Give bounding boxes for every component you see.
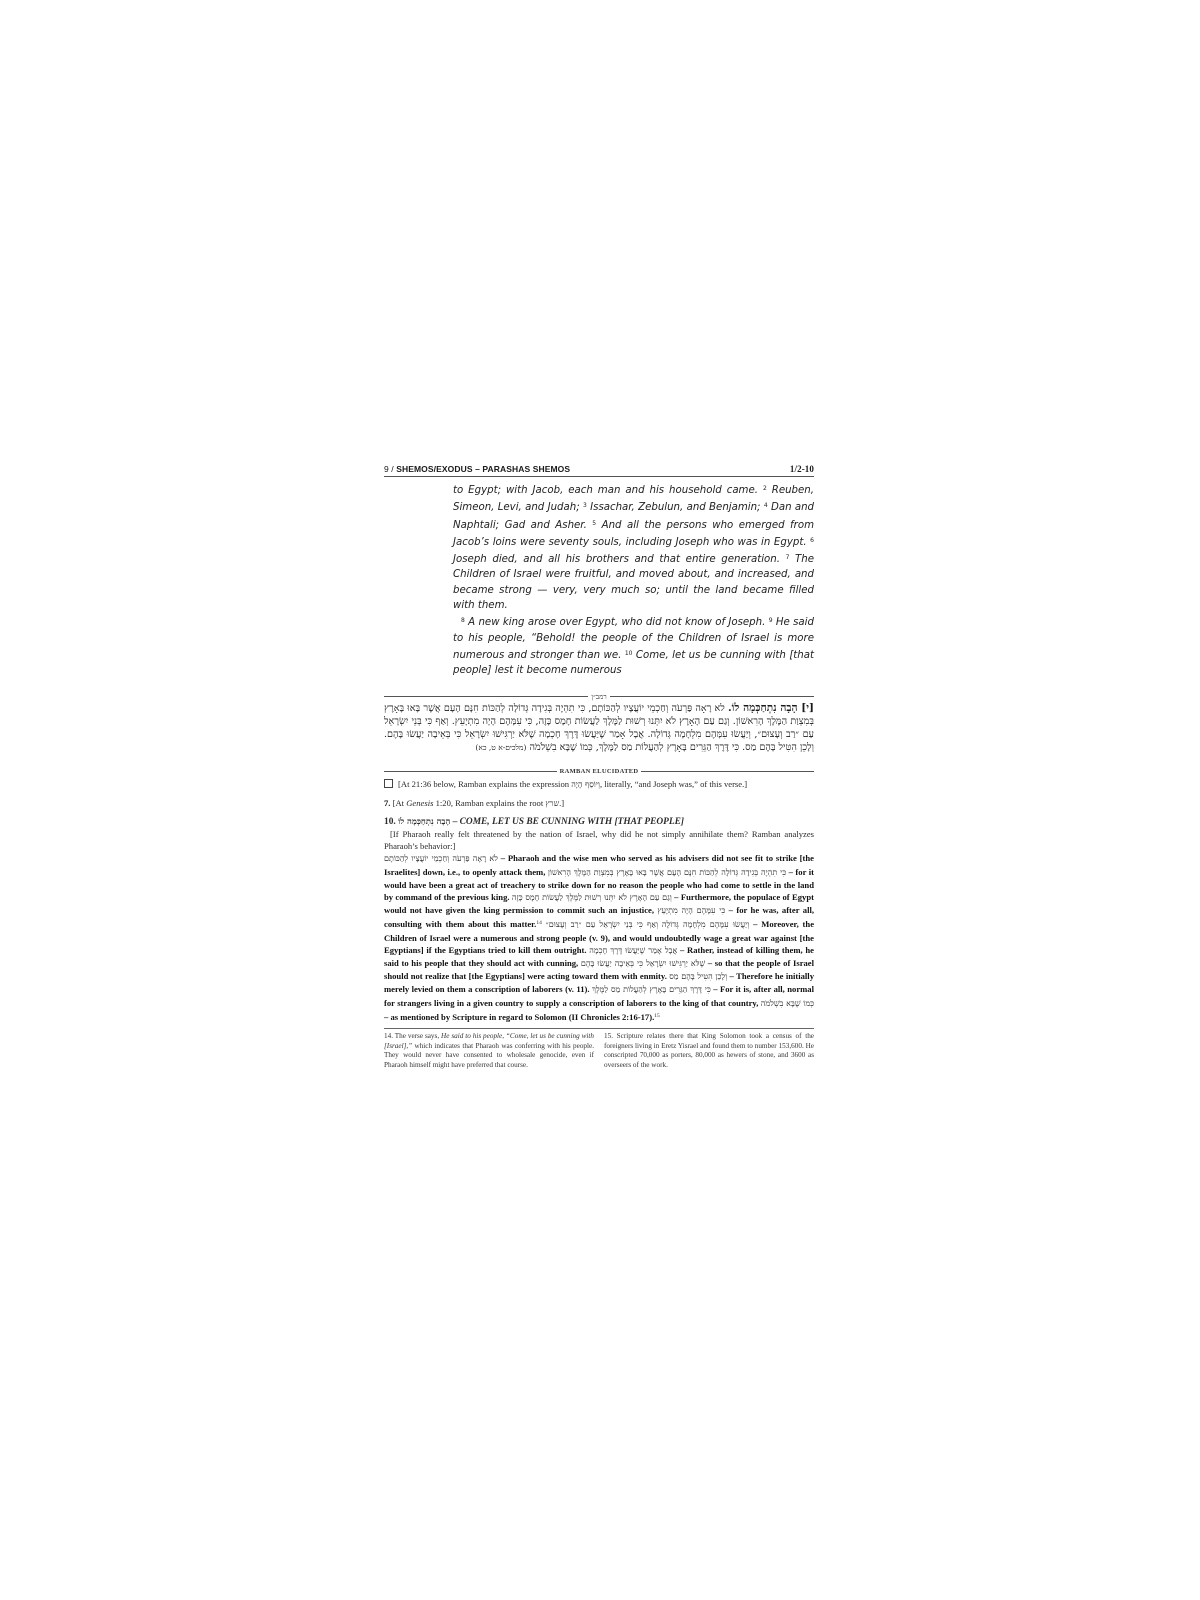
hebrew-root: שרץ [545,799,559,808]
verse-paragraph-1: to Egypt; with Jacob, each man and his h… [453,481,814,613]
elucidated-body: לֹא רָאָה פַּרְעֹה וְחַכְמֵי יוֹעֲצָיו ל… [384,852,814,1023]
elucidated-divider-label: RAMBAN ELUCIDATED [557,768,642,775]
hebrew-lemma: כִּי תִהְיֶה בְּגִידָה גְּדוֹלָה לְהַכּו… [548,868,786,877]
hebrew-lemma: שֶׁלֹּא יַרְגִּישׁוּ יִשְׂרָאֵל כִּי בְּ… [581,959,705,968]
note-text: .] [559,798,564,808]
footnote-ref-14[interactable]: 14 [536,920,542,926]
hebrew-lemma: וְגַם עַם הָאָרֶץ לֹא יִתְּנוּ רְשׁוּת ל… [512,893,672,902]
ramban-divider-label: רמב״ן [588,693,609,701]
hebrew-phrase: וְיוֹסֵף הָיָה [571,780,600,789]
verse-paragraph-2: 8 A new king arose over Egypt, who did n… [453,613,814,678]
note-text: 1:20, Ramban explains the root [433,798,545,808]
note-text: , literally, “and Joseph was,” of this v… [600,779,747,789]
elucidated-note-verse-1: [At 21:36 below, Ramban explains the exp… [384,778,814,791]
book-reference: Genesis [406,798,433,808]
verse-8: A new king arose over Egypt, who did not… [465,617,766,628]
ramban-divider: רמב״ן [384,693,814,701]
page-number: 9 / [384,464,396,474]
hebrew-lemma: וְלָכֵן הִטִּיל בָּהֶם מַס [669,972,727,981]
verse-translation: to Egypt; with Jacob, each man and his h… [453,481,814,679]
running-head: 9 / SHEMOS/EXODUS – PARASHAS SHEMOS 1/2-… [384,464,814,477]
heading-hebrew: הָבָה נִתְחַכְּמָה לוֹ [398,816,450,826]
verse-6: Joseph died, and all his brothers and th… [453,554,780,565]
square-marker-icon [384,779,393,788]
ramban-hebrew-commentary: [י] הָבָה נִתְחַכְּמָה לוֹ. לא רָאָה פַּ… [384,702,814,755]
chapter-verses: 1/2-10 [790,464,814,474]
book-page: 9 / SHEMOS/EXODUS – PARASHAS SHEMOS 1/2-… [384,464,814,1070]
running-title: 9 / SHEMOS/EXODUS – PARASHAS SHEMOS [384,464,570,474]
footnote-text: 14. The verse says, [384,1032,441,1040]
hebrew-lemma: כִּי דֶּרֶךְ הַגֵּרִים בָּאָרֶץ לְהַעֲלו… [592,985,711,994]
note-text: [At 21:36 below, Ramban explains the exp… [398,779,571,789]
heading-caption: COME, LET US BE CUNNING WITH [THAT PEOPL… [460,817,684,827]
hebrew-lemma: וְאַף כִּי בְּנֵי יִשְׂרָאֵל עַם ״רַב וְ… [546,920,658,929]
hebrew-lemma: כְּמוֹ שֶׁבָּא בִשְׁלֹמֹה [761,999,814,1008]
footnote-ref-15[interactable]: 15 [654,1013,660,1019]
elucidation-text: – as mentioned by Scripture in regard to… [384,1012,654,1022]
note-text: [At [390,798,406,808]
footnote-15: 15. Scripture relates there that King So… [604,1032,814,1070]
verse-3: Issachar, Zebulun, and Benjamin; [587,502,761,513]
hebrew-lemma: וְיַעֲשׂוּ עִמָּהֶם מִלְחָמָה גְּדוֹלָה [662,920,749,929]
elucidated-heading-verse-10: 10. הָבָה נִתְחַכְּמָה לוֹ – COME, LET U… [384,815,814,828]
hebrew-lemma: אֲבָל אָמַר שֶׁיַּעֲשׂוּ דֶּרֶךְ חָכְמָה [589,946,677,955]
heading-dash: – [450,817,459,827]
footnote-text: which indicates that Pharaoh was conferr… [384,1042,594,1069]
ramban-dibur-hamaschil: [י] הָבָה נִתְחַכְּמָה לוֹ. [728,702,814,714]
verse-number: 6 [810,537,814,544]
footnotes: 14. The verse says, He said to his peopl… [384,1028,814,1070]
ramban-source-reference: (מלכים-א ט, כא) [475,743,526,752]
hebrew-lemma: לֹא רָאָה פַּרְעֹה וְחַכְמֵי יוֹעֲצָיו ל… [384,854,498,863]
elucidated-divider: RAMBAN ELUCIDATED [384,768,814,775]
heading-number: 10. [384,817,396,827]
elucidated-note-verse-7: 7. [At Genesis 1:20, Ramban explains the… [384,797,814,810]
footnote-14: 14. The verse says, He said to his peopl… [384,1032,594,1070]
elucidated-intro: [If Pharaoh really felt threatened by th… [384,828,814,852]
verse-1-continuation: to Egypt; with Jacob, each man and his h… [453,485,758,496]
book-parasha-title: SHEMOS/EXODUS – PARASHAS SHEMOS [396,464,570,474]
ramban-elucidated: [At 21:36 below, Ramban explains the exp… [384,778,814,1023]
hebrew-lemma: כִּי עִמָּהֶם הָיָה מִתְיָעֵץ [657,906,725,915]
